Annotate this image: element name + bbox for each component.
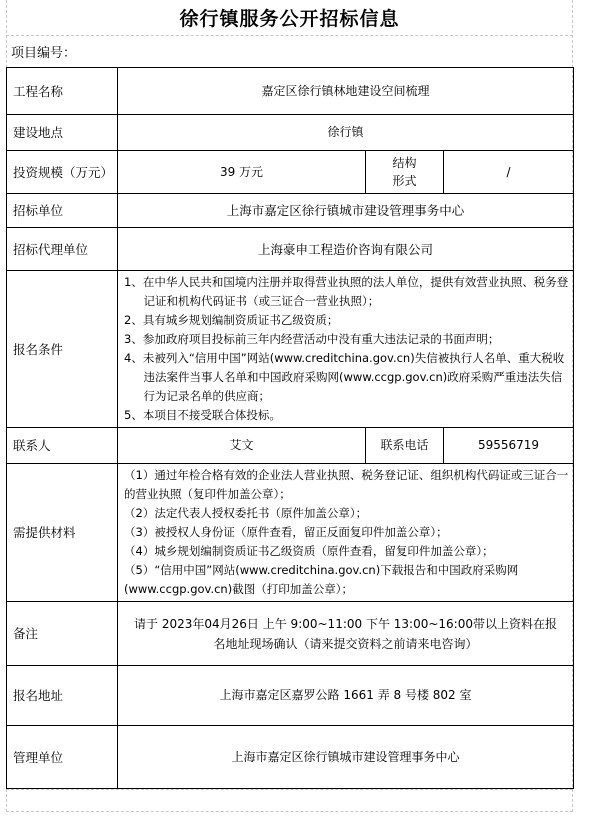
agency-label: 招标代理单位 — [7, 228, 118, 271]
page-title: 徐行镇服务公开招标信息 — [179, 4, 399, 31]
row-project-name: 工程名称 嘉定区徐行镇林地建设空间梳理 — [7, 68, 574, 115]
project-number-label: 项目编号： — [11, 42, 76, 61]
requirement-item: 1、在中华人民共和国境内注册并取得营业执照的法人单位，提供有效营业执照、税务登记… — [124, 273, 569, 311]
remarks-label: 备注 — [7, 602, 118, 666]
contact-label: 联系人 — [7, 428, 118, 464]
contact-value: 艾文 — [118, 428, 366, 464]
requirement-item: 4、未被列入“信用中国”网站(www.creditchina.gov.cn)失信… — [124, 349, 569, 406]
row-tenderer: 招标单位 上海市嘉定区徐行镇城市建设管理事务中心 — [7, 194, 574, 228]
remarks-line1: 请于 2023年04月26日 上午 9:00~11:00 下午 13:00~16… — [124, 614, 567, 634]
tender-info-table: 工程名称 嘉定区徐行镇林地建设空间梳理 建设地点 徐行镇 投资规模（万元） 39… — [6, 67, 574, 789]
agency-value: 上海豪申工程造价咨询有限公司 — [118, 228, 574, 271]
row-location: 建设地点 徐行镇 — [7, 115, 574, 151]
row-address: 报名地址 上海市嘉定区嘉罗公路 1661 弄 8 号楼 802 室 — [7, 666, 574, 726]
address-value: 上海市嘉定区嘉罗公路 1661 弄 8 号楼 802 室 — [118, 666, 574, 726]
materials-label: 需提供材料 — [7, 464, 118, 602]
structure-label-line2: 形式 — [372, 172, 437, 190]
row-remarks: 备注 请于 2023年04月26日 上午 9:00~11:00 下午 13:00… — [7, 602, 574, 666]
requirement-item: 3、参加政府项目投标前三年内经营活动中没有重大违法记录的书面声明； — [124, 330, 569, 349]
title-row: 徐行镇服务公开招标信息 — [6, 0, 573, 36]
empty-row — [6, 790, 573, 812]
phone-value: 59556719 — [444, 428, 574, 464]
material-item: （4）城乡规划编制资质证书乙级资质（原件查看，留复印件加盖公章）； — [124, 542, 569, 561]
requirements-list: 1、在中华人民共和国境内注册并取得营业执照的法人单位，提供有效营业执照、税务登记… — [118, 271, 574, 428]
row-investment: 投资规模（万元） 39 万元 结构 形式 / — [7, 151, 574, 194]
remarks-line2: 名地址现场确认（请来提交资料之前请来电咨询） — [124, 634, 567, 654]
address-label: 报名地址 — [7, 666, 118, 726]
project-number-row: 项目编号： — [6, 36, 573, 67]
empty-row — [6, 768, 573, 790]
materials-list: （1）通过年检合格有效的企业法人营业执照、税务登记证、组织机构代码证或三证合一的… — [118, 464, 574, 602]
project-name-label: 工程名称 — [7, 68, 118, 115]
remarks-value: 请于 2023年04月26日 上午 9:00~11:00 下午 13:00~16… — [118, 602, 574, 666]
location-label: 建设地点 — [7, 115, 118, 151]
structure-label-line1: 结构 — [372, 154, 437, 172]
phone-label: 联系电话 — [366, 428, 444, 464]
material-item: （3）被授权人身份证（原件查看，留正反面复印件加盖公章）； — [124, 523, 569, 542]
tenderer-label: 招标单位 — [7, 194, 118, 228]
row-contact: 联系人 艾文 联系电话 59556719 — [7, 428, 574, 464]
structure-label: 结构 形式 — [366, 151, 444, 194]
row-materials: 需提供材料 （1）通过年检合格有效的企业法人营业执照、税务登记证、组织机构代码证… — [7, 464, 574, 602]
material-item: （1）通过年检合格有效的企业法人营业执照、税务登记证、组织机构代码证或三证合一的… — [124, 466, 569, 504]
tenderer-value: 上海市嘉定区徐行镇城市建设管理事务中心 — [118, 194, 574, 228]
location-value: 徐行镇 — [118, 115, 574, 151]
project-name-value: 嘉定区徐行镇林地建设空间梳理 — [118, 68, 574, 115]
row-agency: 招标代理单位 上海豪申工程造价咨询有限公司 — [7, 228, 574, 271]
requirement-item: 2、具有城乡规划编制资质证书乙级资质； — [124, 311, 569, 330]
investment-value: 39 万元 — [118, 151, 366, 194]
material-item: （5）“信用中国”网站(www.creditchina.gov.cn)下载报告和… — [124, 561, 569, 599]
investment-label: 投资规模（万元） — [7, 151, 118, 194]
row-requirements: 报名条件 1、在中华人民共和国境内注册并取得营业执照的法人单位，提供有效营业执照… — [7, 271, 574, 428]
material-item: （2）法定代表人授权委托书（原件加盖公章）； — [124, 504, 569, 523]
requirement-item: 5、本项目不接受联合体投标。 — [124, 406, 569, 425]
requirements-label: 报名条件 — [7, 271, 118, 428]
structure-value: / — [444, 151, 574, 194]
